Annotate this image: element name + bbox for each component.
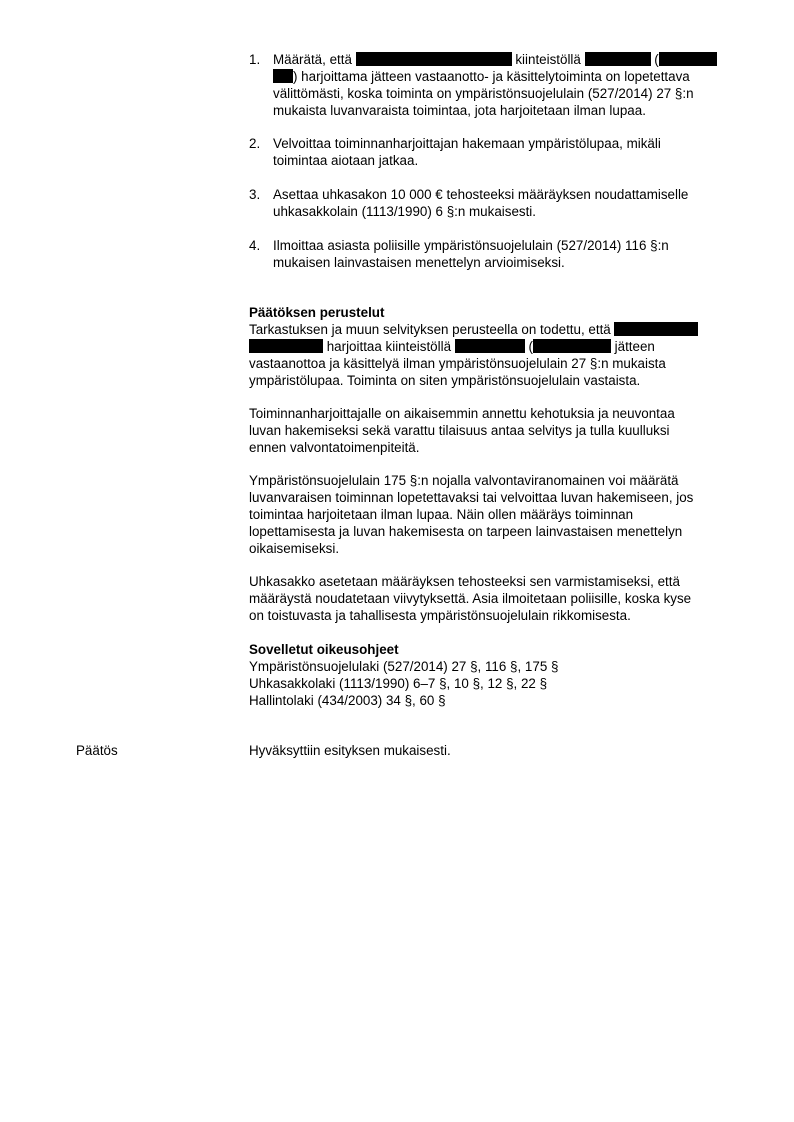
text: Määrätä, että: [273, 52, 356, 67]
text: ) harjoittama jätteen vastaanotto- ja kä…: [293, 69, 690, 84]
text-line: luvan hakemiseksi sekä varattu tilaisuus…: [249, 422, 749, 439]
text-line: Velvoittaa toiminnanharjoittajan hakemaa…: [273, 135, 743, 152]
decision-label: Päätös: [76, 742, 118, 759]
grounds-section: Päätöksen perustelut Tarkastuksen ja muu…: [249, 304, 749, 389]
redaction-box: [659, 52, 717, 66]
redaction-box: [249, 339, 323, 353]
text-line: vastaanottoa ja käsittelyä ilman ympäris…: [249, 355, 749, 372]
text-line: uhkasakkolain (1113/1990) 6 §:n mukaises…: [273, 203, 743, 220]
grounds-heading: Päätöksen perustelut: [249, 304, 749, 321]
redaction-box: [356, 52, 512, 66]
text: Tarkastuksen ja muun selvityksen peruste…: [249, 322, 614, 337]
legal-basis-item: Hallintolaki (434/2003) 34 §, 60 §: [249, 692, 749, 709]
text-line: on toistuvasta ja tahallisesta ympäristö…: [249, 607, 749, 624]
legal-basis-section: Sovelletut oikeusohjeet Ympäristönsuojel…: [249, 641, 749, 709]
redaction-box: [585, 52, 651, 66]
text-line: lopettamisesta ja luvan hakemisesta on t…: [249, 523, 749, 540]
text-line: Asettaa uhkasakon 10 000 € tehosteeksi m…: [273, 186, 743, 203]
redaction-box: [455, 339, 525, 353]
decision-text: Hyväksyttiin esityksen mukaisesti.: [249, 742, 451, 759]
text: harjoittaa kiinteistöllä: [323, 339, 455, 354]
redaction-box: [273, 69, 293, 83]
legal-basis-heading: Sovelletut oikeusohjeet: [249, 641, 749, 658]
grounds-paragraph-4: Uhkasakko asetetaan määräyksen tehosteek…: [249, 573, 749, 624]
redaction-box: [533, 339, 611, 353]
text-line: Uhkasakko asetetaan määräyksen tehosteek…: [249, 573, 749, 590]
text: (: [651, 52, 659, 67]
text-line: mukaisen lainvastaisen menettelyn arvioi…: [273, 254, 743, 271]
redaction-box: [614, 322, 698, 336]
text-line: Ilmoittaa asiasta poliisille ympäristöns…: [273, 237, 743, 254]
item-number: 3.: [249, 186, 260, 203]
text-line: oikaisemiseksi.: [249, 540, 749, 557]
grounds-paragraph-3: Ympäristönsuojelulain 175 §:n nojalla va…: [249, 472, 749, 557]
legal-basis-item: Uhkasakkolaki (1113/1990) 6–7 §, 10 §, 1…: [249, 675, 749, 692]
item-number: 2.: [249, 135, 260, 152]
text: jätteen: [611, 339, 655, 354]
text-line: toimintaa harjoitetaan ilman lupaa. Näin…: [249, 506, 749, 523]
text-line: mukaista luvanvaraista toimintaa, jota h…: [273, 102, 743, 119]
item-number: 4.: [249, 237, 260, 254]
text-line: määräystä noudatetaan viivytyksettä. Asi…: [249, 590, 749, 607]
grounds-paragraph-2: Toiminnanharjoittajalle on aikaisemmin a…: [249, 405, 749, 456]
text: kiinteistöllä: [512, 52, 585, 67]
item-number: 1.: [249, 51, 260, 68]
text-line: ympäristölupaa. Toiminta on siten ympäri…: [249, 372, 749, 389]
legal-basis-item: Ympäristönsuojelulaki (527/2014) 27 §, 1…: [249, 658, 749, 675]
text-line: välittömästi, koska toiminta on ympärist…: [273, 85, 743, 102]
text-line: ennen valvontatoimenpiteitä.: [249, 439, 749, 456]
text-line: luvanvaraisen toiminnan lopetettavaksi t…: [249, 489, 749, 506]
text-line: Ympäristönsuojelulain 175 §:n nojalla va…: [249, 472, 749, 489]
text-line: Toiminnanharjoittajalle on aikaisemmin a…: [249, 405, 749, 422]
text: (: [525, 339, 533, 354]
text-line: toimintaa aiotaan jatkaa.: [273, 152, 743, 169]
